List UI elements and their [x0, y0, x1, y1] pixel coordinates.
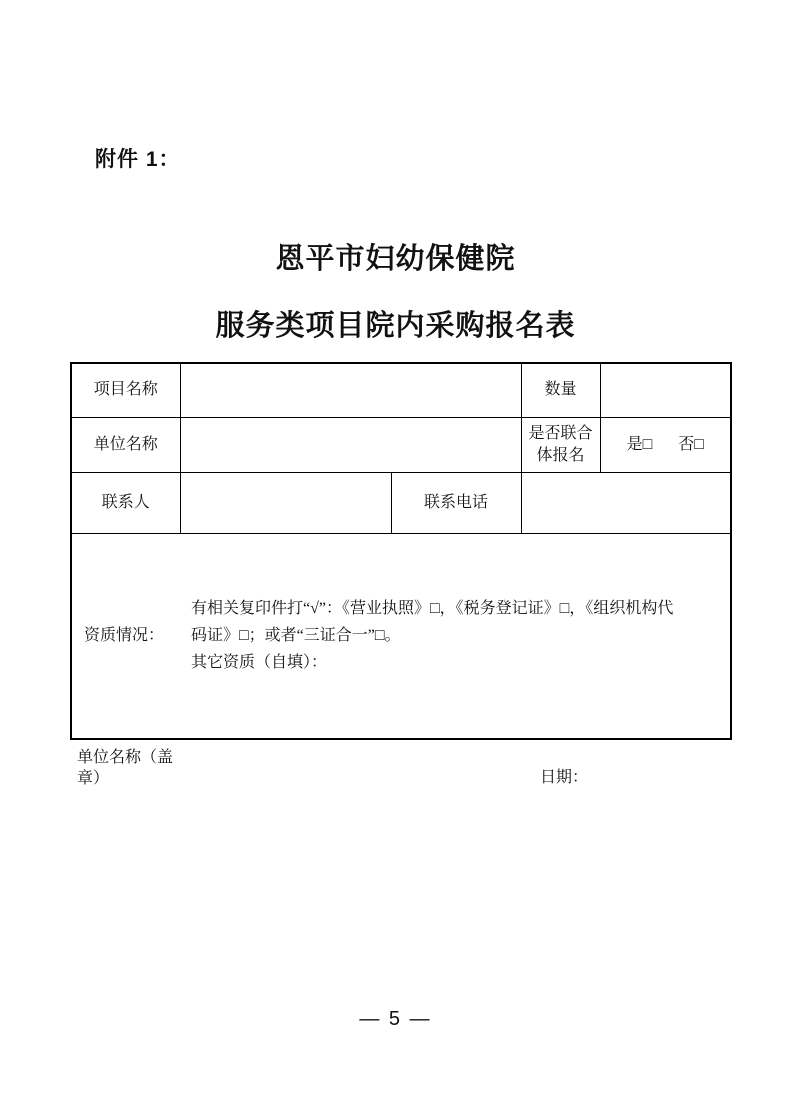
document-title: 恩平市妇幼保健院 [0, 236, 791, 277]
contact-phone-field [521, 472, 731, 533]
date-label: 日期： [540, 764, 588, 787]
registration-form-table: 项目名称 数量 单位名称 是否联合体报名 是□ 否□ 联系人 联 [70, 362, 732, 740]
attachment-label: 附件 1： [95, 143, 181, 173]
joint-bid-label: 是否联合体报名 [521, 417, 600, 472]
quantity-field [600, 363, 731, 417]
joint-bid-yes-checkbox: 是□ [627, 434, 653, 456]
qualification-line: 有相关复印件打“√”：《营业执照》□，《税务登记证》□，《组织机构代 [191, 595, 722, 622]
qualification-cell: 资质情况： 有相关复印件打“√”：《营业执照》□，《税务登记证》□，《组织机构代… [71, 533, 731, 739]
unit-name-label: 单位名称 [71, 417, 180, 472]
table-row-qualification: 资质情况： 有相关复印件打“√”：《营业执照》□，《税务登记证》□，《组织机构代… [71, 533, 731, 739]
table-row-project: 项目名称 数量 [71, 363, 731, 417]
contact-phone-label: 联系电话 [391, 472, 521, 533]
document-page: 附件 1： 恩平市妇幼保健院 服务类项目院内采购报名表 项目名称 数量 单位名称… [0, 0, 791, 1119]
joint-bid-no-checkbox: 否□ [678, 434, 704, 456]
table-row-unit: 单位名称 是否联合体报名 是□ 否□ [71, 417, 731, 472]
contact-person-label: 联系人 [71, 472, 180, 533]
qualification-line: 其它资质（自填）： [191, 649, 722, 676]
project-name-label: 项目名称 [71, 363, 180, 417]
qualification-line: 码证》□；或者“三证合一”□。 [191, 622, 722, 649]
unit-seal-label: 单位名称（盖章） [77, 747, 193, 789]
page-number: — 5 — [0, 1008, 791, 1031]
qualification-label: 资质情况： [76, 625, 191, 647]
joint-bid-options: 是□ 否□ [600, 417, 731, 472]
qualification-content: 有相关复印件打“√”：《营业执照》□，《税务登记证》□，《组织机构代 码证》□；… [191, 595, 726, 676]
document-subtitle: 服务类项目院内采购报名表 [0, 303, 791, 344]
table-row-contact: 联系人 联系电话 [71, 472, 731, 533]
contact-person-field [180, 472, 391, 533]
quantity-label: 数量 [521, 363, 600, 417]
project-name-field [180, 363, 521, 417]
unit-name-field [180, 417, 521, 472]
